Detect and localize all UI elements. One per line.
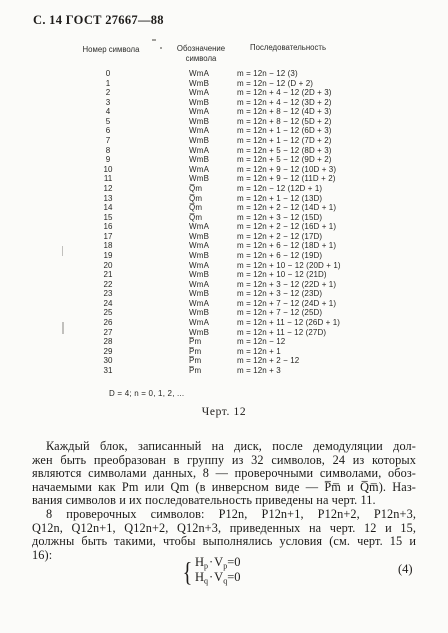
cell-symbol-designation: WmB [189,98,209,108]
cell-symbol-number: 12 [95,184,121,194]
cell-symbol-designation: WmA [189,165,209,175]
col-header-symbol-designation: Обозначение символа [166,44,236,63]
table-row: 30 P̅m m = 12n + 2 − 12 [0,356,448,366]
scan-artifact [152,39,156,41]
cell-sequence: m = 12n + 4 − 12 (3D + 2) [237,98,332,108]
cell-symbol-designation: P̅m [189,347,201,357]
cell-symbol-number: 4 [95,107,121,117]
paragraph-line: должны быть такими, чтобы выполнялись ус… [32,535,416,549]
table-row: 5 WmB m = 12n + 8 − 12 (5D + 2) [0,117,448,127]
col-header-designation-line1: Обозначение [166,44,236,54]
cell-symbol-designation: WmA [189,261,209,271]
cell-symbol-number: 2 [95,88,121,98]
cell-symbol-designation: Q̅m [189,184,202,194]
cell-sequence: m = 12n + 1 − 12 (13D) [237,194,322,204]
eq-term: H [195,555,204,569]
equation-number: (4) [398,562,413,577]
cell-symbol-number: 29 [95,347,121,357]
cell-symbol-designation: Q̅m [189,194,202,204]
cell-symbol-number: 13 [95,194,121,204]
table-row: 2 WmA m = 12n + 4 − 12 (2D + 3) [0,88,448,98]
cell-sequence: m = 12n + 10 − 12 (20D + 1) [237,261,341,271]
table-row: 26 WmA m = 12n + 11 − 12 (26D + 1) [0,318,448,328]
cell-sequence: m = 12n + 2 − 12 (17D) [237,232,322,242]
cell-symbol-number: 17 [95,232,121,242]
cell-symbol-number: 19 [95,251,121,261]
cell-sequence: m = 12n − 12 (3) [237,69,298,79]
cell-sequence: m = 12n + 2 − 12 [237,356,299,366]
eq-term: =0 [227,555,240,569]
paragraph-line: Каждый блок, записанный на диск, после д… [32,440,416,454]
cell-sequence: m = 12n + 11 − 12 (27D) [237,328,326,338]
table-row: 24 WmA m = 12n + 7 − 12 (24D + 1) [0,299,448,309]
table-footnote: D = 4; n = 0, 1, 2, ... [109,389,184,398]
cell-symbol-designation: P̅m [189,366,201,376]
cell-symbol-designation: WmB [189,117,209,127]
table-row: 14 Q̅m m = 12n + 2 − 12 (14D + 1) [0,203,448,213]
cell-sequence: m = 12n + 8 − 12 (5D + 2) [237,117,332,127]
cell-sequence: m = 12n + 3 − 12 (15D) [237,213,322,223]
cell-symbol-number: 5 [95,117,121,127]
cell-symbol-designation: WmB [189,308,209,318]
cell-sequence: m = 12n + 4 − 12 (2D + 3) [237,88,332,98]
body-text: Каждый блок, записанный на диск, после д… [32,440,416,562]
cell-symbol-number: 15 [95,213,121,223]
cell-symbol-number: 10 [95,165,121,175]
cell-sequence: m = 12n + 3 − 12 (23D) [237,289,322,299]
cell-symbol-number: 31 [95,366,121,376]
cell-symbol-number: 11 [95,174,121,184]
cell-symbol-designation: WmB [189,328,209,338]
cell-sequence: m = 12n + 3 − 12 (22D + 1) [237,280,336,290]
table-row: 11 WmB m = 12n + 9 − 12 (11D + 2) [0,174,448,184]
col-header-sequence: Последовательность [250,43,326,53]
eq-term: V [214,555,223,569]
equation-lines: Hp·Vp=0 Hq·Vq=0 [195,557,241,587]
cell-symbol-number: 26 [95,318,121,328]
paragraph-line: жен быть преобразован в группу из 32 сим… [32,454,416,468]
cell-symbol-designation: WmB [189,232,209,242]
col-header-symbol-number: Номер символа [76,45,146,55]
equation-line-q: Hq·Vq=0 [195,572,241,587]
cell-sequence: m = 12n − 12 (D + 2) [237,79,313,89]
cell-symbol-number: 25 [95,308,121,318]
cell-symbol-number: 9 [95,155,121,165]
cell-sequence: m = 12n + 1 − 12 (7D + 2) [237,136,332,146]
cell-sequence: m = 12n + 7 − 12 (25D) [237,308,322,318]
cell-symbol-designation: WmA [189,88,209,98]
cell-sequence: m = 12n + 6 − 12 (18D + 1) [237,241,336,251]
table-row: 18 WmA m = 12n + 6 − 12 (18D + 1) [0,241,448,251]
equation-brace: { [183,559,193,585]
table-row: 3 WmB m = 12n + 4 − 12 (3D + 2) [0,98,448,108]
paragraph-line: являются символами данных, 8 — проверочн… [32,467,416,481]
eq-term: V [214,570,223,584]
scan-artifact [160,47,162,49]
table-row: 6 WmA m = 12n + 1 − 12 (6D + 3) [0,126,448,136]
table-row: 1 WmB m = 12n − 12 (D + 2) [0,79,448,89]
cell-symbol-number: 1 [95,79,121,89]
cell-symbol-number: 18 [95,241,121,251]
cell-symbol-number: 7 [95,136,121,146]
cell-symbol-designation: Q̅m [189,213,202,223]
figure-caption: Черт. 12 [0,406,448,418]
cell-symbol-designation: P̅m [189,356,201,366]
cell-symbol-designation: WmB [189,270,209,280]
table-row: 10 WmA m = 12n + 9 − 12 (10D + 3) [0,165,448,175]
cell-sequence: m = 12n + 3 [237,366,281,376]
paragraph-line: начаемыми как Pm или Qm (в инверсном вид… [32,481,416,495]
cell-sequence: m = 12n + 6 − 12 (19D) [237,251,322,261]
cell-sequence: m = 12n + 2 − 12 (16D + 1) [237,222,336,232]
equation-system: { Hp·Vp=0 Hq·Vq=0 [181,557,241,587]
table-row: 21 WmB m = 12n + 10 − 12 (21D) [0,270,448,280]
table-row: 13 Q̅m m = 12n + 1 − 12 (13D) [0,194,448,204]
cell-symbol-number: 20 [95,261,121,271]
cell-sequence: m = 12n − 12 (12D + 1) [237,184,322,194]
table-row: 28 P̅m m = 12n − 12 [0,337,448,347]
cell-symbol-designation: WmB [189,79,209,89]
cell-symbol-number: 8 [95,146,121,156]
cell-symbol-number: 24 [95,299,121,309]
cell-symbol-number: 27 [95,328,121,338]
table-row: 4 WmA m = 12n + 8 − 12 (4D + 3) [0,107,448,117]
cell-symbol-number: 6 [95,126,121,136]
paragraph-line: вания символов и их последовательность п… [32,494,416,508]
cell-sequence: m = 12n + 1 [237,347,281,357]
cell-symbol-designation: WmA [189,146,209,156]
cell-symbol-designation: WmB [189,136,209,146]
cell-symbol-designation: WmB [189,251,209,261]
table-row: 19 WmB m = 12n + 6 − 12 (19D) [0,251,448,261]
table-row: 9 WmB m = 12n + 5 − 12 (9D + 2) [0,155,448,165]
cell-symbol-number: 3 [95,98,121,108]
cell-symbol-designation: WmA [189,222,209,232]
table-row: 17 WmB m = 12n + 2 − 12 (17D) [0,232,448,242]
table-row: 31 P̅m m = 12n + 3 [0,366,448,376]
table-row: 12 Q̅m m = 12n − 12 (12D + 1) [0,184,448,194]
page-header: С. 14 ГОСТ 27667—88 [33,13,164,28]
cell-symbol-number: 30 [95,356,121,366]
table-row: 8 WmA m = 12n + 5 − 12 (8D + 3) [0,146,448,156]
paragraph-line: Q12n, Q12n+1, Q12n+2, Q12n+3, приведенны… [32,522,416,536]
cell-sequence: m = 12n + 7 − 12 (24D + 1) [237,299,336,309]
cell-symbol-designation: WmA [189,69,209,79]
paragraph-line: 8 проверочных символов: P12n, P12n+1, P1… [32,508,416,522]
table-row: 23 WmB m = 12n + 3 − 12 (23D) [0,289,448,299]
table-row: 15 Q̅m m = 12n + 3 − 12 (15D) [0,213,448,223]
table-row: 16 WmA m = 12n + 2 − 12 (16D + 1) [0,222,448,232]
table-row: 25 WmB m = 12n + 7 − 12 (25D) [0,308,448,318]
cell-symbol-designation: WmA [189,318,209,328]
cell-sequence: m = 12n + 5 − 12 (9D + 2) [237,155,332,165]
eq-term: H [195,570,204,584]
cell-sequence: m = 12n − 12 [237,337,285,347]
table-row: 0 WmA m = 12n − 12 (3) [0,69,448,79]
eq-term: =0 [227,570,240,584]
col-header-designation-line2: символа [166,54,236,64]
cell-symbol-designation: WmB [189,155,209,165]
symbol-table-body: 0 WmA m = 12n − 12 (3) 1 WmB m = 12n − 1… [0,69,448,376]
cell-symbol-number: 22 [95,280,121,290]
table-row: 7 WmB m = 12n + 1 − 12 (7D + 2) [0,136,448,146]
cell-symbol-number: 14 [95,203,121,213]
cell-sequence: m = 12n + 9 − 12 (11D + 2) [237,174,336,184]
cell-symbol-number: 23 [95,289,121,299]
table-row: 20 WmA m = 12n + 10 − 12 (20D + 1) [0,261,448,271]
cell-symbol-designation: WmB [189,289,209,299]
cell-sequence: m = 12n + 5 − 12 (8D + 3) [237,146,332,156]
cell-symbol-designation: WmA [189,107,209,117]
cell-symbol-number: 28 [95,337,121,347]
table-row: 29 P̅m m = 12n + 1 [0,347,448,357]
cell-symbol-number: 21 [95,270,121,280]
cell-sequence: m = 12n + 8 − 12 (4D + 3) [237,107,332,117]
cell-symbol-designation: WmA [189,126,209,136]
cell-symbol-designation: Q̅m [189,203,202,213]
cell-symbol-number: 0 [95,69,121,79]
cell-sequence: m = 12n + 9 − 12 (10D + 3) [237,165,336,175]
table-row: 27 WmB m = 12n + 11 − 12 (27D) [0,328,448,338]
cell-symbol-number: 16 [95,222,121,232]
cell-symbol-designation: WmA [189,241,209,251]
cell-symbol-designation: P̅m [189,337,201,347]
cell-symbol-designation: WmB [189,174,209,184]
cell-sequence: m = 12n + 1 − 12 (6D + 3) [237,126,332,136]
cell-sequence: m = 12n + 11 − 12 (26D + 1) [237,318,340,328]
cell-symbol-designation: WmA [189,280,209,290]
cell-sequence: m = 12n + 2 − 12 (14D + 1) [237,203,336,213]
cell-symbol-designation: WmA [189,299,209,309]
cell-sequence: m = 12n + 10 − 12 (21D) [237,270,327,280]
document-page: С. 14 ГОСТ 27667—88 Номер символа Обозна… [0,0,448,633]
table-row: 22 WmA m = 12n + 3 − 12 (22D + 1) [0,280,448,290]
